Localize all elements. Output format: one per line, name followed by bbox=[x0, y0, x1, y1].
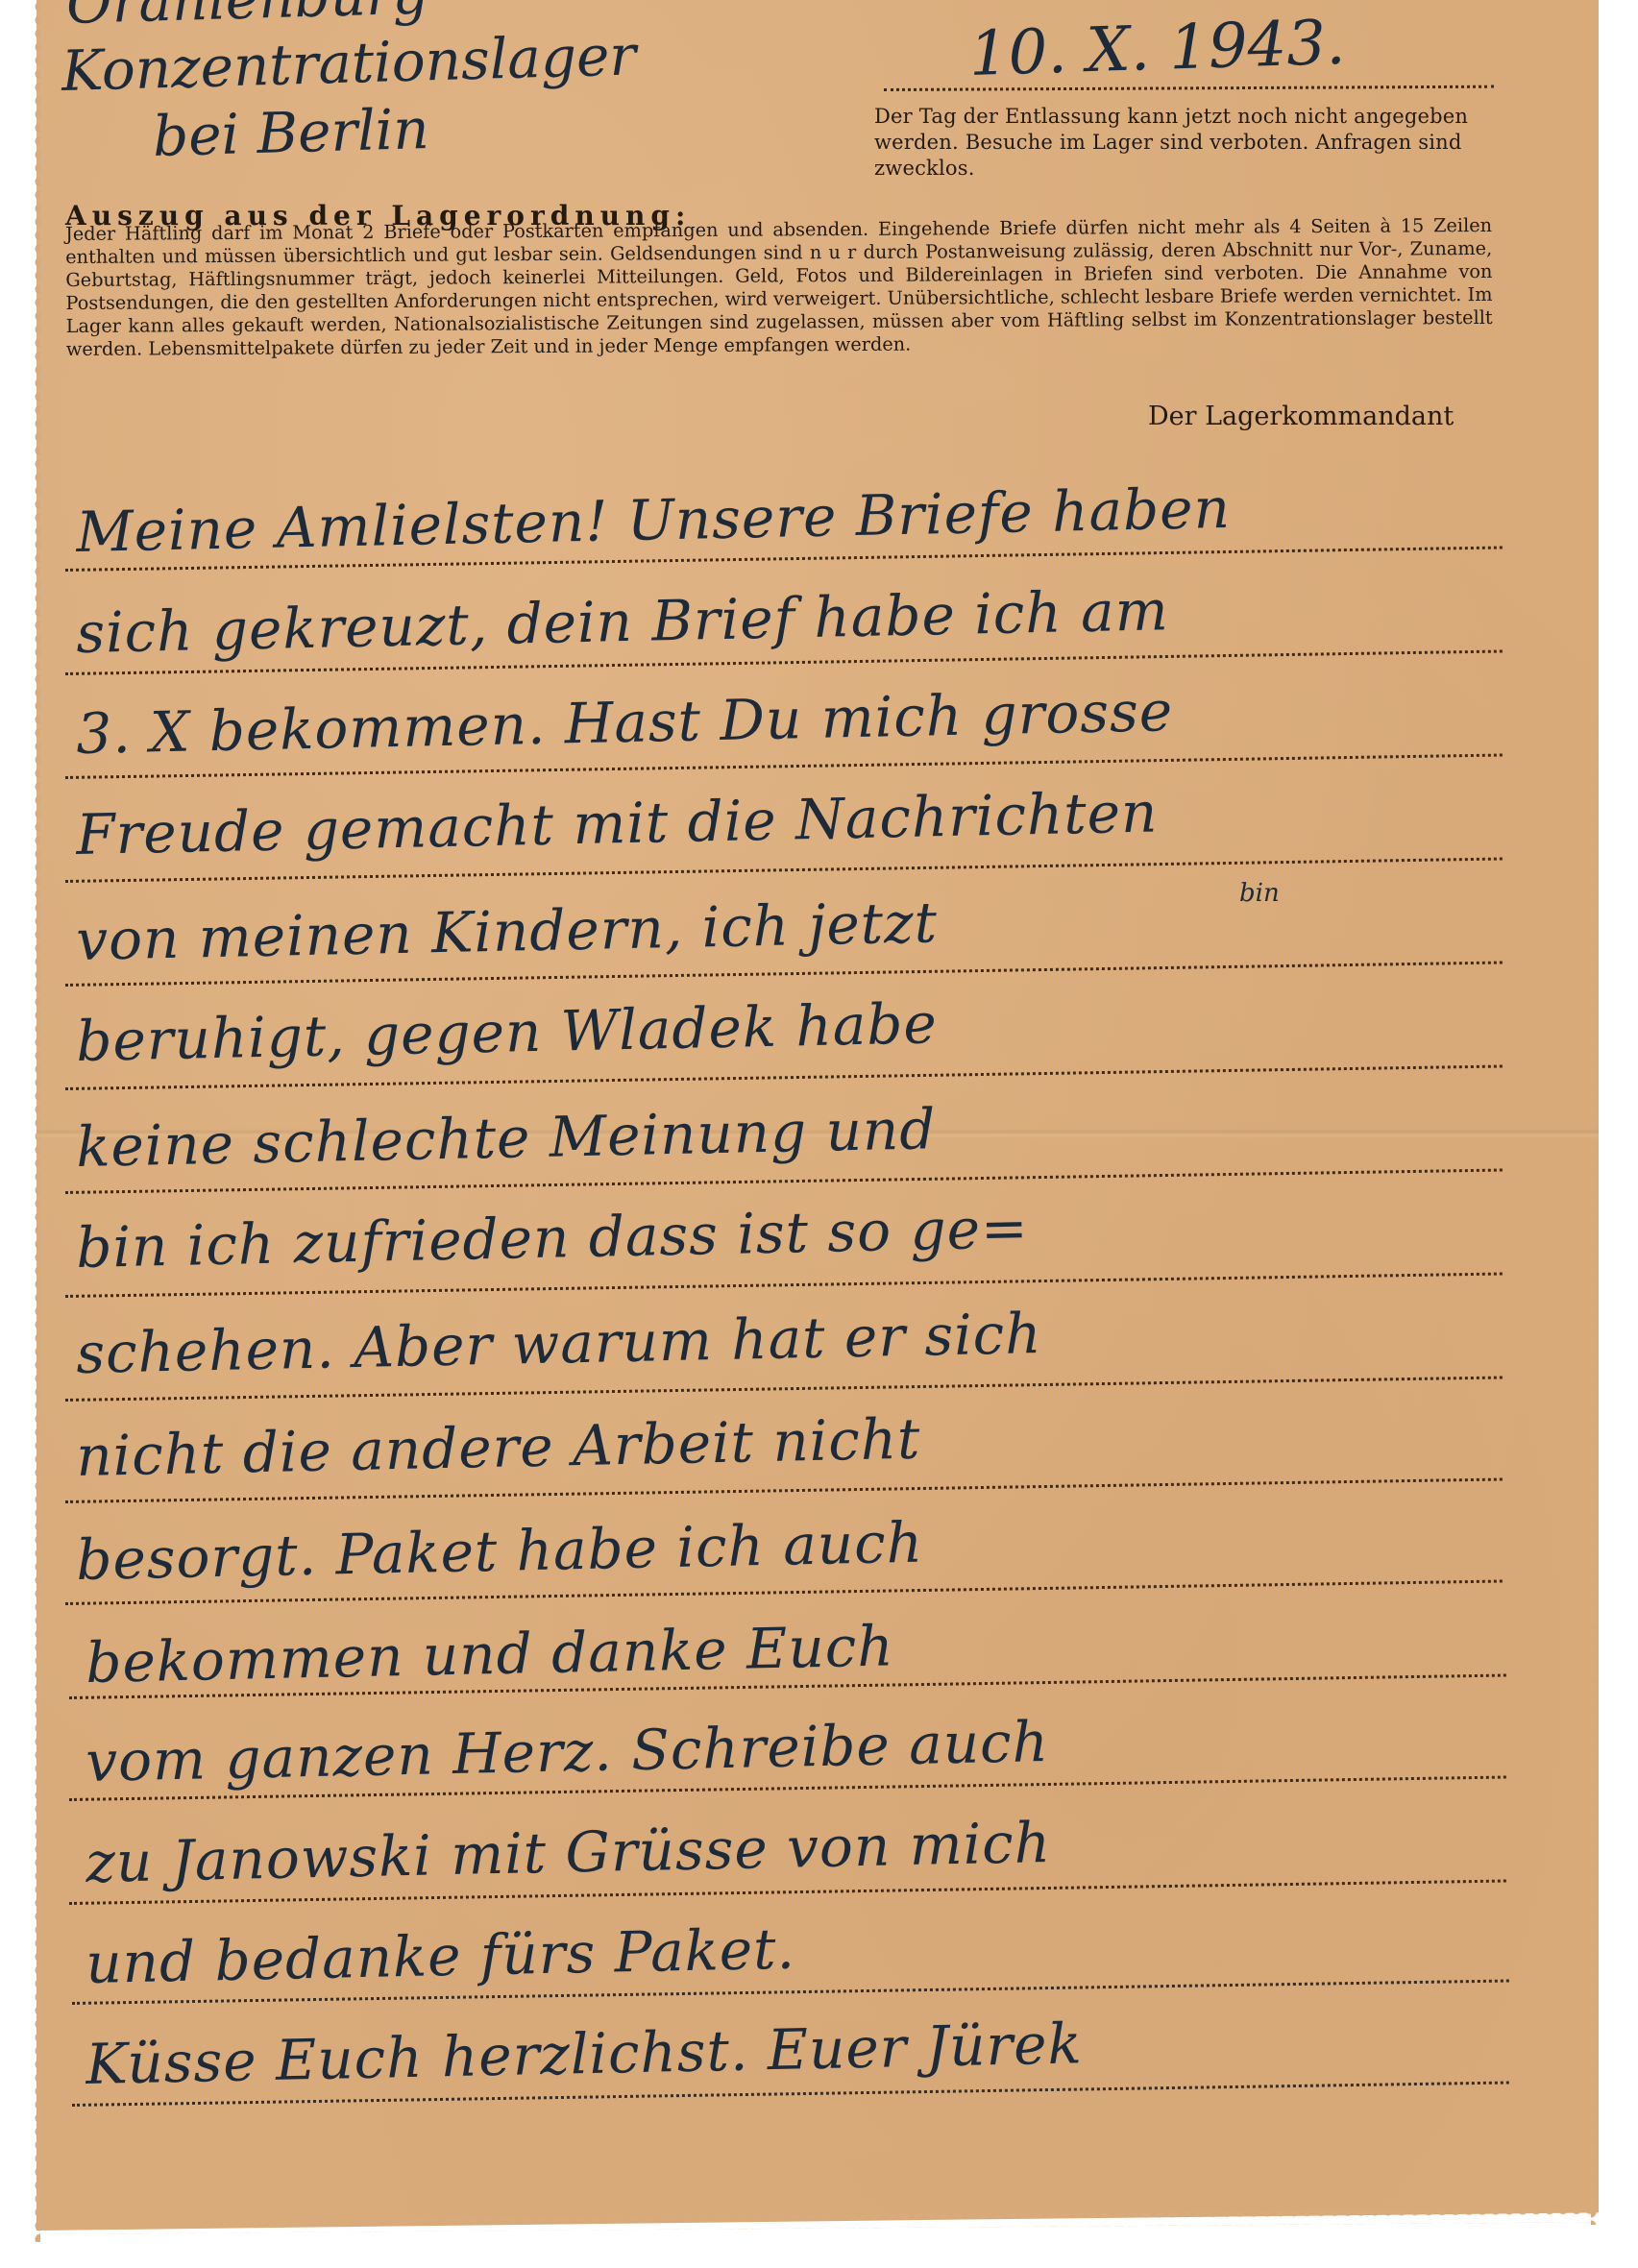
letter-date: 10. X. 1943. bbox=[968, 8, 1347, 90]
insertion-above-line-5: bin bbox=[1239, 879, 1280, 908]
perforated-left-edge bbox=[29, 0, 40, 2242]
perforated-right-edge bbox=[1591, 0, 1602, 2225]
release-notice: Der Tag der Entlassung kann jetzt noch n… bbox=[874, 104, 1489, 182]
address-line-3: bei Berlin bbox=[152, 96, 429, 169]
camp-commandant-signature: Der Lagerkommandant bbox=[1148, 402, 1454, 431]
camp-rules-body: Jeder Häftling darf im Monat 2 Briefe od… bbox=[65, 214, 1493, 361]
